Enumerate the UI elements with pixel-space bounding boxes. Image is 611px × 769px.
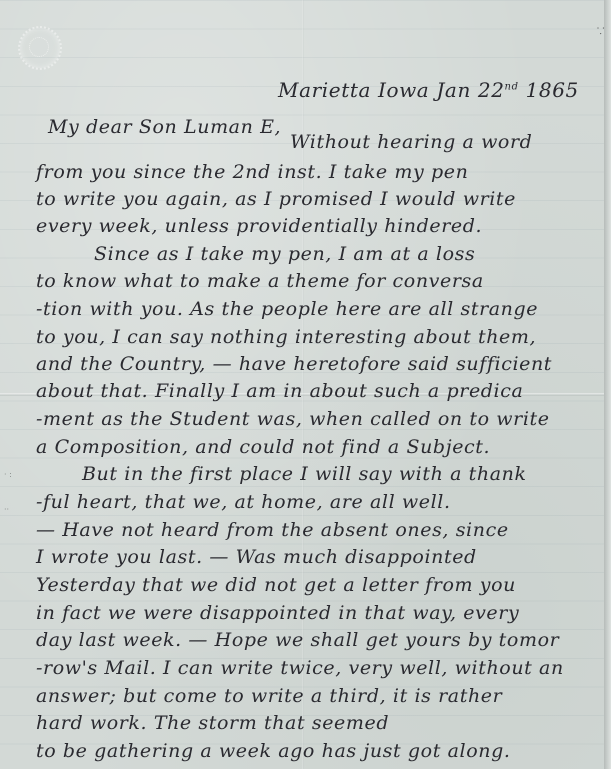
letter-line: in fact we were disappointed in that way… <box>36 602 519 624</box>
place-text: Marietta Iowa <box>278 78 429 102</box>
letter-line: about that. Finally I am in about such a… <box>36 380 523 402</box>
year-text: 1865 <box>526 78 579 102</box>
embossed-seal-icon <box>18 26 62 70</box>
letter-line: every week, unless providentially hinder… <box>36 215 482 237</box>
date-text: Jan 22 <box>436 78 504 102</box>
letter-line: — Have not heard from the absent ones, s… <box>36 519 509 541</box>
letter-line: to you, I can say nothing interesting ab… <box>36 326 536 348</box>
letter-line: to write you again, as I promised I woul… <box>36 188 516 210</box>
letter-line: Without hearing a word <box>290 131 532 153</box>
letter-line: answer; but come to write a third, it is… <box>36 685 502 707</box>
letter-line: hard work. The storm that seemed <box>36 712 389 734</box>
letter-line: I wrote you last. — Was much disappointe… <box>36 546 477 568</box>
letter-line: But in the first place I will say with a… <box>82 463 527 485</box>
salutation: My dear Son Luman E, <box>48 116 281 138</box>
letter-line: from you since the 2nd inst. I take my p… <box>36 161 468 183</box>
margin-smudge: ·· <box>4 505 9 514</box>
letter-line: to be gathering a week ago has just got … <box>36 740 510 762</box>
letter-line: a Composition, and could not find a Subj… <box>36 436 490 458</box>
letter-line: -tion with you. As the people here are a… <box>36 298 538 320</box>
letter-line: day last week. — Hope we shall get yours… <box>36 629 559 651</box>
margin-smudge: · : <box>4 470 12 479</box>
letter-line: Since as I take my pen, I am at a loss <box>94 243 475 265</box>
letter-line: and the Country, — have heretofore said … <box>36 353 552 375</box>
corner-ink-mark: ⸪ <box>597 24 604 37</box>
page-edge <box>604 0 611 769</box>
letter-line: -ment as the Student was, when called on… <box>36 408 550 430</box>
letter-dateline: Marietta Iowa Jan 22nd 1865 <box>278 78 579 102</box>
letter-line: -ful heart, that we, at home, are all we… <box>36 491 451 513</box>
letter-line: Yesterday that we did not get a letter f… <box>36 574 516 596</box>
letter-line: -row's Mail. I can write twice, very wel… <box>36 657 564 679</box>
letter-page: Marietta Iowa Jan 22nd 1865 My dear Son … <box>0 0 604 769</box>
date-suffix: nd <box>505 81 519 92</box>
letter-line: to know what to make a theme for convers… <box>36 270 484 292</box>
